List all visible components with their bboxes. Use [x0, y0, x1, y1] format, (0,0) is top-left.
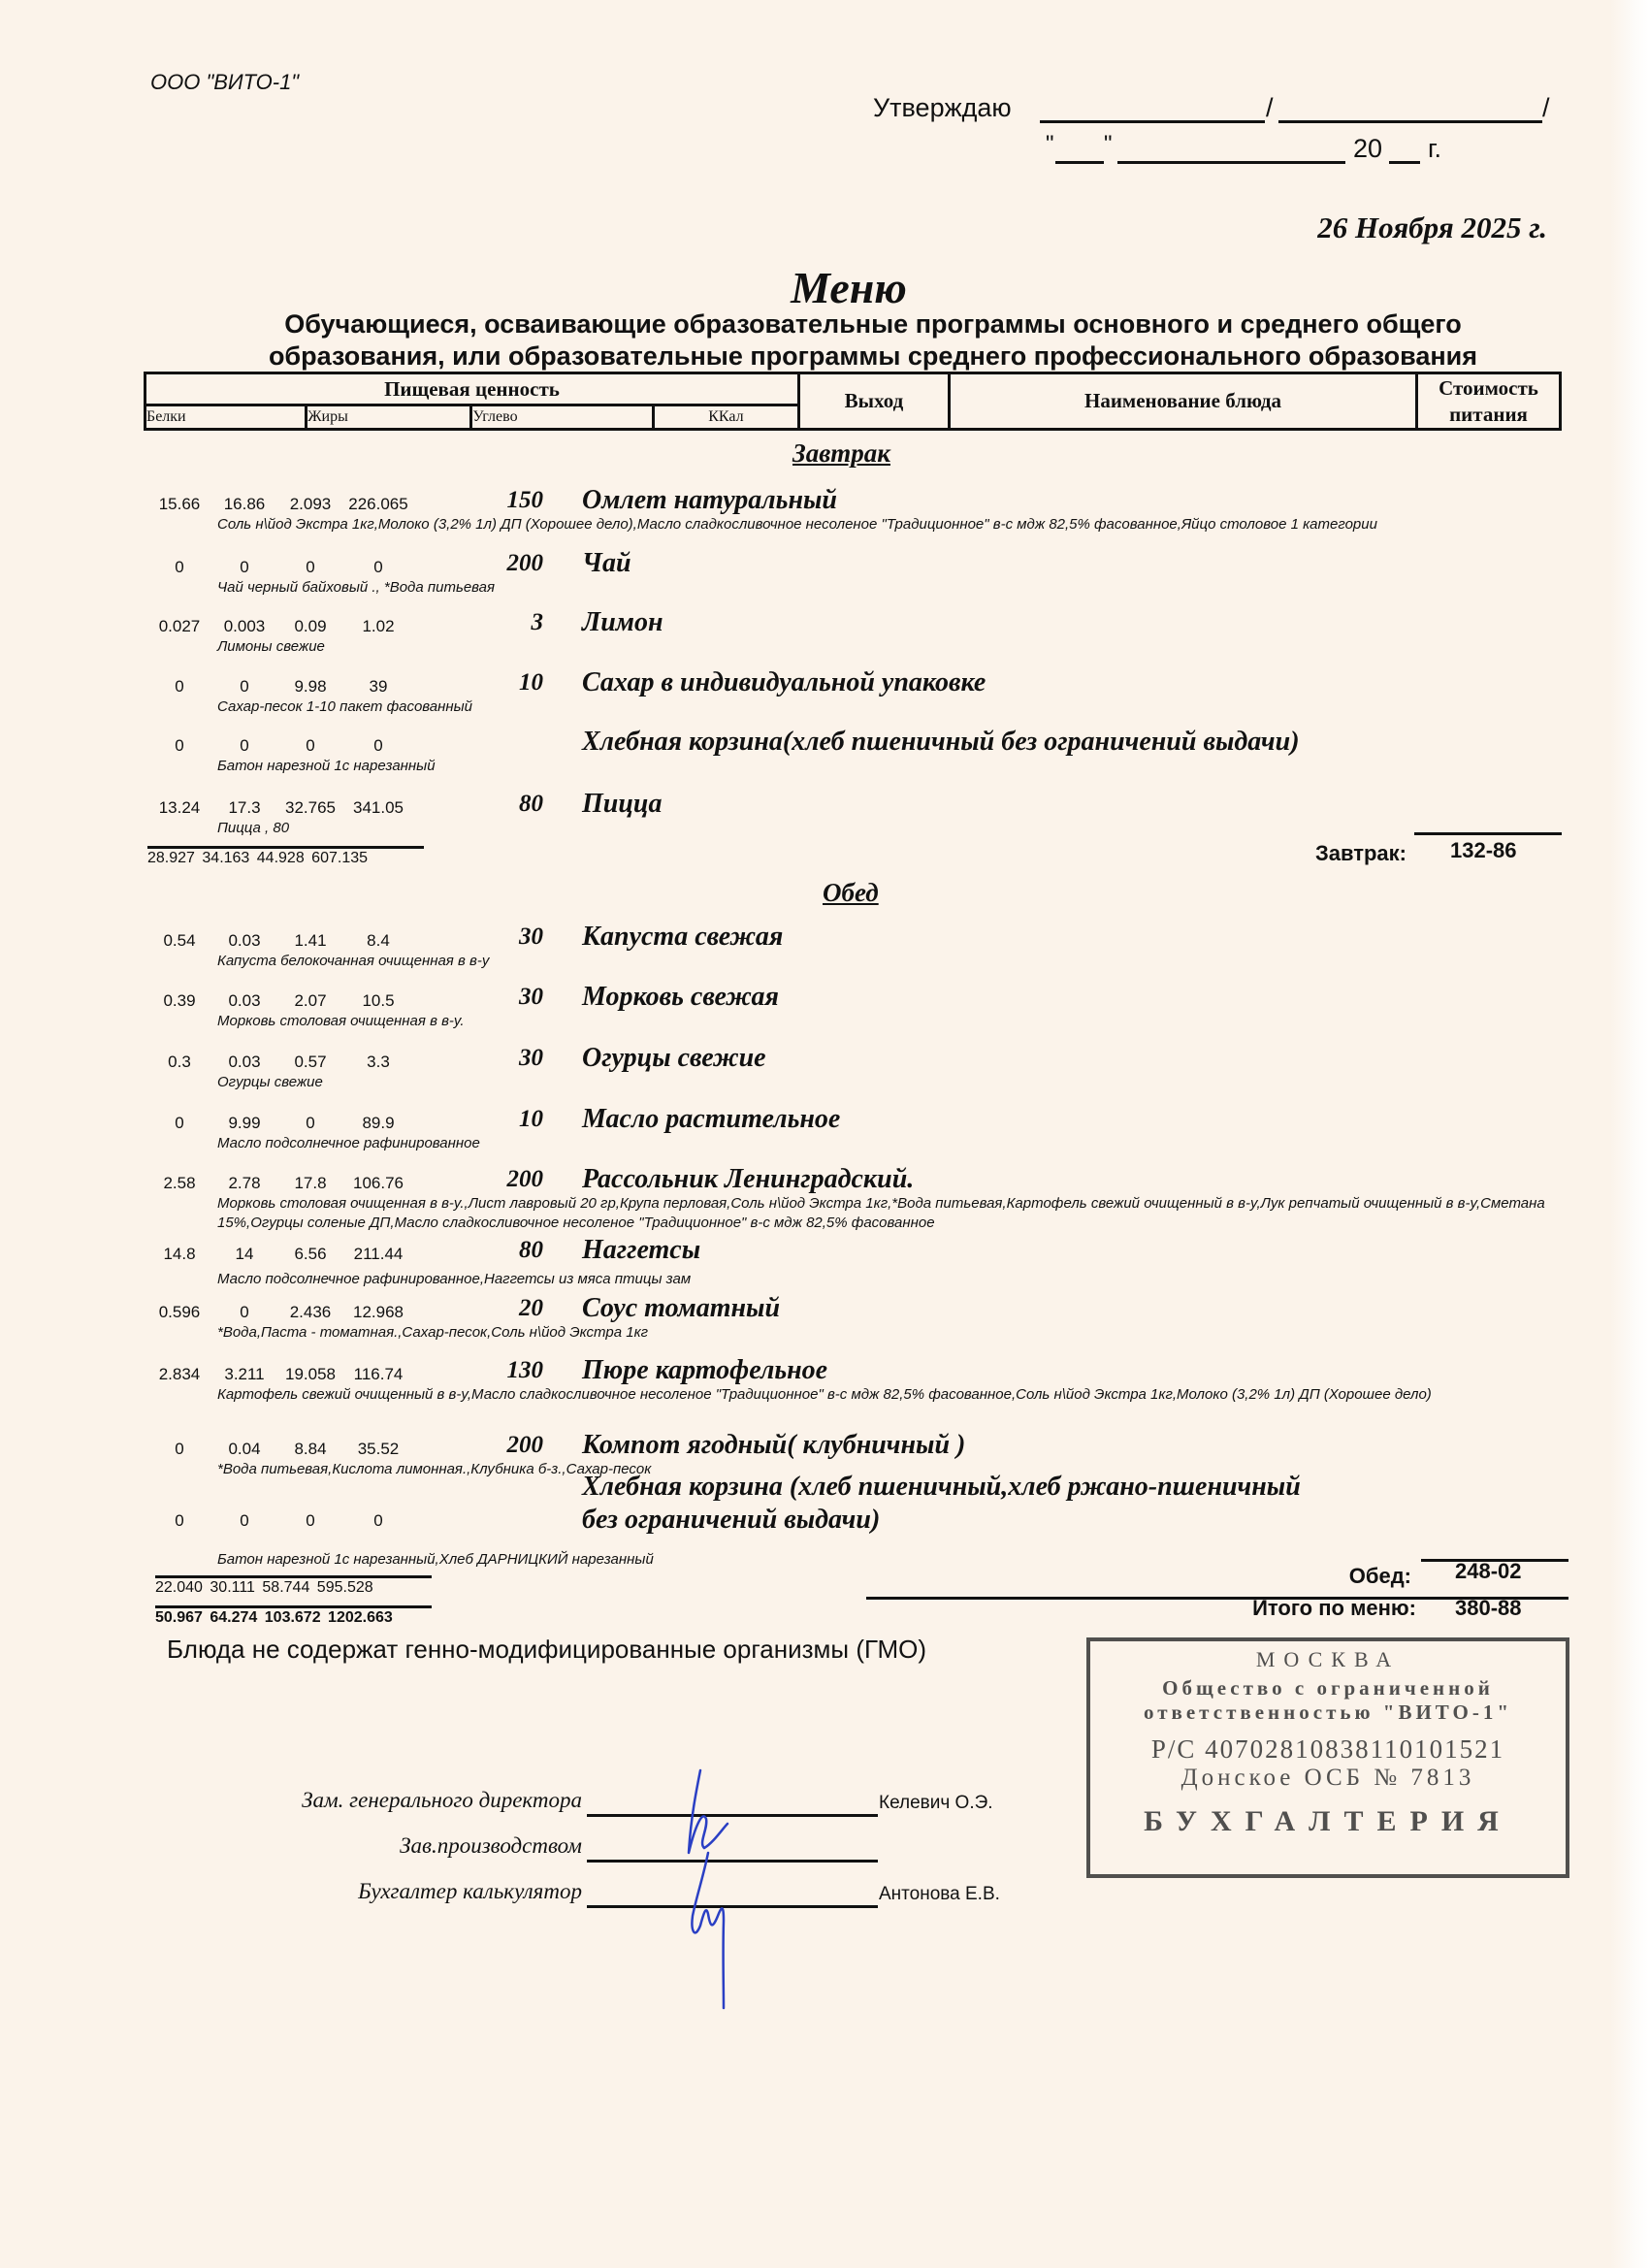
- yield-value: 30: [466, 984, 543, 1011]
- fat-header: Жиры: [307, 405, 471, 430]
- protein-value: 0.596: [145, 1303, 213, 1322]
- breakfast-nutrition-totals: 28.927 34.163 44.928 607.135: [147, 846, 424, 867]
- protein-value: 0: [145, 1511, 213, 1531]
- kcal-value: 35.52: [344, 1440, 412, 1459]
- date-quote-open: ": [1046, 131, 1054, 158]
- carbs-value: 0.09: [276, 617, 344, 636]
- kcal-value: 0: [344, 558, 412, 577]
- fat-value: 14: [210, 1245, 278, 1264]
- fat-value: 2.78: [210, 1174, 278, 1193]
- signature-role-accountant: Бухгалтер калькулятор: [194, 1879, 582, 1904]
- dish-name: Пицца: [582, 789, 663, 820]
- organization-name: ООО "ВИТО-1": [150, 70, 299, 95]
- yield-value: 10: [466, 669, 543, 697]
- dish-name: Компот ягодный( клубничный ): [582, 1430, 965, 1461]
- kcal-value: 8.4: [344, 931, 412, 951]
- protein-value: 2.834: [145, 1365, 213, 1384]
- menu-item-row: 0 0 0 0 Хлебная корзина(хлеб пшеничный б…: [145, 736, 1581, 794]
- company-stamp: МОСКВА Общество с ограниченной ответстве…: [1086, 1637, 1569, 1878]
- kcal-value: 10.5: [344, 991, 412, 1011]
- yield-value: 80: [466, 791, 543, 818]
- stamp-department: БУХГАЛТЕРИЯ: [1090, 1805, 1566, 1838]
- protein-value: 13.24: [145, 798, 213, 818]
- menu-item-row: 14.8 14 6.56 211.44 80 Наггетсы Масло по…: [145, 1245, 1581, 1303]
- carbs-value: 17.8: [276, 1174, 344, 1193]
- grand-total-cost: 380-88: [1455, 1596, 1522, 1621]
- fat-value: 0.03: [210, 1053, 278, 1072]
- ingredients-list: Морковь столовая очищенная в в-у.,Лист л…: [217, 1194, 1595, 1233]
- total-kcal: 607.135: [311, 850, 368, 866]
- grand-total-label: Итого по меню:: [1145, 1596, 1416, 1621]
- breakfast-cost-label: Завтрак:: [1261, 841, 1406, 866]
- carbs-value: 8.84: [276, 1440, 344, 1459]
- stamp-city: МОСКВА: [1090, 1647, 1566, 1672]
- yield-value: 10: [466, 1106, 543, 1133]
- month-line: [1117, 161, 1345, 164]
- menu-item-row: 0.027 0.003 0.09 1.02 3 Лимон Лимоны све…: [145, 617, 1581, 675]
- ingredients-list: Масло подсолнечное рафинированное: [217, 1134, 1595, 1153]
- menu-item-row: 0 9.99 0 89.9 10 Масло растительное Масл…: [145, 1114, 1581, 1172]
- yield-value: 3: [466, 609, 543, 636]
- protein-value: 0: [145, 736, 213, 756]
- dish-name: Омлет натуральный: [582, 485, 837, 516]
- yield-value: 200: [466, 550, 543, 577]
- dish-name: Хлебная корзина(хлеб пшеничный без огран…: [582, 727, 1300, 758]
- kcal-header: ККал: [653, 405, 798, 430]
- dish-name: Соус томатный: [582, 1293, 780, 1324]
- protein-value: 0.54: [145, 931, 213, 951]
- lunch-cost-value: 248-02: [1455, 1559, 1522, 1584]
- yield-value: 30: [466, 1045, 543, 1072]
- year-suffix: г.: [1428, 134, 1441, 164]
- total-kcal: 595.528: [317, 1579, 373, 1596]
- kcal-value: 211.44: [344, 1245, 412, 1264]
- menu-date: 26 Ноября 2025 г.: [1317, 211, 1547, 245]
- approval-signature-line: [1040, 120, 1265, 123]
- cost-header: Стоимость питания: [1417, 373, 1561, 430]
- dish-name: Капуста свежая: [582, 922, 783, 953]
- fat-value: 0.003: [210, 617, 278, 636]
- kcal-value: 116.74: [344, 1365, 412, 1384]
- yield-header: Выход: [798, 373, 949, 430]
- fat-value: 0: [210, 1303, 278, 1322]
- fat-value: 0: [210, 677, 278, 697]
- kcal-value: 1.02: [344, 617, 412, 636]
- carbs-value: 0: [276, 1511, 344, 1531]
- year-prefix: 20: [1353, 134, 1382, 164]
- signature-name-accountant: Антонова Е.В.: [879, 1884, 1000, 1905]
- dish-name: Рассольник Ленинградский.: [582, 1164, 914, 1195]
- stamp-account: Р/С 40702810838110101521: [1090, 1734, 1566, 1765]
- stamp-line2: ответственностью "ВИТО-1": [1090, 1701, 1566, 1725]
- handwritten-signature-icon: [669, 1761, 776, 2013]
- day-line: [1055, 161, 1104, 164]
- year-line: [1389, 161, 1420, 164]
- dish-name: Масло растительное: [582, 1104, 840, 1135]
- signature-name-deputy-director: Келевич О.Э.: [879, 1793, 993, 1814]
- ingredients-list: Картофель свежий очищенный в в-у,Масло с…: [217, 1385, 1595, 1405]
- kcal-value: 341.05: [344, 798, 412, 818]
- carbs-value: 0: [276, 736, 344, 756]
- dish-name: Сахар в индивидуальной упаковке: [582, 667, 986, 698]
- dish-name: Наггетсы: [582, 1235, 700, 1266]
- total-protein: 22.040: [155, 1579, 203, 1596]
- menu-item-row: 0 0 0 0 200 Чай Чай черный байховый ., *…: [145, 558, 1581, 616]
- kcal-value: 3.3: [344, 1053, 412, 1072]
- protein-value: 14.8: [145, 1245, 213, 1264]
- breakfast-cost-line: [1414, 832, 1562, 835]
- fat-value: 0: [210, 558, 278, 577]
- grand-total-nutrition: 50.967 64.274 103.672 1202.663: [155, 1605, 432, 1627]
- yield-value: 200: [466, 1166, 543, 1193]
- cost-header-line1: Стоимость: [1418, 375, 1559, 402]
- menu-item-row: 0.596 0 2.436 12.968 20 Соус томатный *В…: [145, 1303, 1581, 1361]
- menu-item-row: 2.58 2.78 17.8 106.76 200 Рассольник Лен…: [145, 1174, 1581, 1232]
- ingredients-list: Капуста белокочанная очищенная в в-у: [217, 952, 1595, 971]
- protein-value: 2.58: [145, 1174, 213, 1193]
- ingredients-list: Соль н\йод Экстра 1кг,Молоко (3,2% 1л) Д…: [217, 515, 1595, 535]
- nutrition-header: Пищевая ценность: [145, 373, 799, 405]
- ingredients-list: Масло подсолнечное рафинированное,Наггет…: [217, 1270, 1595, 1289]
- protein-value: 0.3: [145, 1053, 213, 1072]
- carbs-value: 0.57: [276, 1053, 344, 1072]
- carbs-value: 2.436: [276, 1303, 344, 1322]
- protein-value: 0: [145, 1440, 213, 1459]
- dish-name: Чай: [582, 548, 631, 579]
- signature-role-production-head: Зав.производством: [194, 1833, 582, 1859]
- protein-value: 0.027: [145, 617, 213, 636]
- menu-item-row: 2.834 3.211 19.058 116.74 130 Пюре карто…: [145, 1365, 1581, 1423]
- carbs-value: 32.765: [276, 798, 344, 818]
- total-fat: 30.111: [210, 1579, 255, 1596]
- yield-value: 20: [466, 1295, 543, 1322]
- protein-header: Белки: [145, 405, 307, 430]
- approval-name-line: [1278, 120, 1542, 123]
- ingredients-list: Батон нарезной 1с нарезанный: [217, 757, 1595, 776]
- stamp-bank: Донское ОСБ № 7813: [1090, 1765, 1566, 1792]
- protein-value: 0.39: [145, 991, 213, 1011]
- fat-value: 0.04: [210, 1440, 278, 1459]
- ingredients-list: *Вода,Паста - томатная.,Сахар-песок,Соль…: [217, 1323, 1595, 1343]
- kcal-value: 226.065: [344, 495, 412, 514]
- signature-role-deputy-director: Зам. генерального директора: [194, 1788, 582, 1813]
- dish-name: Пюре картофельное: [582, 1355, 827, 1386]
- kcal-value: 0: [344, 736, 412, 756]
- kcal-value: 39: [344, 677, 412, 697]
- cost-header-line2: питания: [1418, 402, 1559, 428]
- fat-value: 17.3: [210, 798, 278, 818]
- dish-name: Огурцы свежие: [582, 1043, 766, 1074]
- dish-name: Хлебная корзина (хлеб пшеничный,хлеб ржа…: [582, 1471, 1301, 1537]
- kcal-value: 106.76: [344, 1174, 412, 1193]
- kcal-value: 89.9: [344, 1114, 412, 1133]
- ingredients-list: Чай черный байховый ., *Вода питьевая: [217, 578, 1595, 598]
- breakfast-cost-value: 132-86: [1450, 838, 1517, 863]
- lunch-cost-label: Обед:: [1261, 1564, 1411, 1589]
- ingredients-list: Лимоны свежие: [217, 637, 1595, 657]
- fat-value: 0: [210, 1511, 278, 1531]
- carbs-value: 2.07: [276, 991, 344, 1011]
- kcal-value: 0: [344, 1511, 412, 1531]
- fat-value: 0: [210, 736, 278, 756]
- approval-slash-end: /: [1542, 93, 1550, 123]
- yield-value: 30: [466, 923, 543, 951]
- gmo-note: Блюда не содержат генно-модифицированные…: [167, 1635, 926, 1665]
- date-quote-close: ": [1104, 131, 1113, 158]
- fat-value: 9.99: [210, 1114, 278, 1133]
- approval-slash: /: [1266, 93, 1274, 123]
- yield-value: 150: [466, 487, 543, 514]
- carbs-value: 6.56: [276, 1245, 344, 1264]
- protein-value: 0: [145, 558, 213, 577]
- carbs-value: 2.093: [276, 495, 344, 514]
- menu-item-row: 0.3 0.03 0.57 3.3 30 Огурцы свежие Огурц…: [145, 1053, 1581, 1111]
- fat-value: 3.211: [210, 1365, 278, 1384]
- page-subtitle: Обучающиеся, осваивающие образовательные…: [194, 308, 1552, 373]
- dish-name: Лимон: [582, 607, 663, 638]
- dish-name-header: Наименование блюда: [949, 373, 1416, 430]
- carbs-value: 9.98: [276, 677, 344, 697]
- carbs-value: 0: [276, 558, 344, 577]
- menu-item-row: 0.39 0.03 2.07 10.5 30 Морковь свежая Мо…: [145, 991, 1581, 1050]
- yield-value: 80: [466, 1237, 543, 1264]
- menu-item-row: 0.54 0.03 1.41 8.4 30 Капуста свежая Кап…: [145, 931, 1581, 989]
- ingredients-list: Пицца , 80: [217, 819, 1595, 838]
- section-breakfast-title: Завтрак: [792, 438, 890, 469]
- ingredients-list: Сахар-песок 1-10 пакет фасованный: [217, 697, 1595, 717]
- carbs-header: Углево: [471, 405, 654, 430]
- total-carbs: 44.928: [257, 850, 305, 866]
- fat-value: 16.86: [210, 495, 278, 514]
- total-protein: 28.927: [147, 850, 195, 866]
- approval-label: Утверждаю: [873, 93, 1012, 123]
- menu-table-header: Пищевая ценность Выход Наименование блюд…: [144, 372, 1562, 431]
- protein-value: 15.66: [145, 495, 213, 514]
- yield-value: 200: [466, 1432, 543, 1459]
- kcal-value: 12.968: [344, 1303, 412, 1322]
- carbs-value: 19.058: [276, 1365, 344, 1384]
- menu-item-row: 0 0 0 0 Хлебная корзина (хлеб пшеничный,…: [145, 1511, 1581, 1570]
- scan-edge: [1610, 0, 1649, 2268]
- dish-name: Морковь свежая: [582, 982, 779, 1013]
- total-carbs: 58.744: [262, 1579, 309, 1596]
- section-lunch-title: Обед: [823, 878, 879, 908]
- stamp-line1: Общество с ограниченной: [1090, 1676, 1566, 1701]
- ingredients-list: Морковь столовая очищенная в в-у.: [217, 1012, 1595, 1031]
- protein-value: 0: [145, 677, 213, 697]
- page-title: Меню: [0, 262, 1649, 313]
- menu-item-row: 15.66 16.86 2.093 226.065 150 Омлет нату…: [145, 495, 1581, 553]
- ingredients-list: Огурцы свежие: [217, 1073, 1595, 1092]
- protein-value: 0: [145, 1114, 213, 1133]
- carbs-value: 1.41: [276, 931, 344, 951]
- fat-value: 0.03: [210, 931, 278, 951]
- fat-value: 0.03: [210, 991, 278, 1011]
- lunch-nutrition-totals: 22.040 30.111 58.744 595.528: [155, 1575, 432, 1597]
- carbs-value: 0: [276, 1114, 344, 1133]
- yield-value: 130: [466, 1357, 543, 1384]
- total-fat: 34.163: [202, 850, 249, 866]
